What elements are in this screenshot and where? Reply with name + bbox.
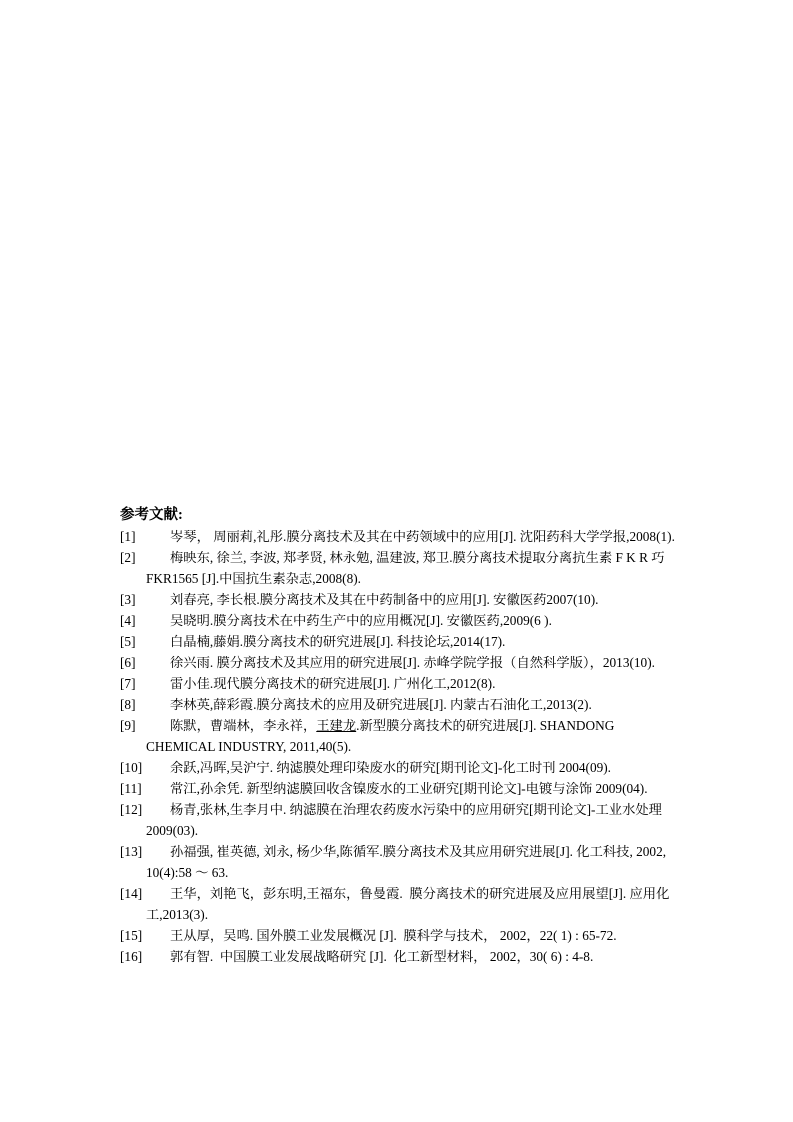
reference-number: [5] [120,631,170,652]
reference-item: [13]孙福强, 崔英德, 刘永, 杨少华,陈循军.膜分离技术及其应用研究进展[… [120,841,686,883]
reference-number: [13] [120,841,170,862]
reference-text: 徐兴雨. 膜分离技术及其应用的研究进展[J]. 赤峰学院学报（自然科学版），20… [170,655,655,670]
reference-item: [7]雷小佳.现代膜分离技术的研究进展[J]. 广州化工,2012(8). [120,673,686,694]
reference-item: [16]郭有智. 中国膜工业发展战略研究 [J]. 化工新型材料， 2002，3… [120,946,686,967]
reference-item: [14]王华，刘艳飞，彭东明,王福东，鲁曼霞. 膜分离技术的研究进展及应用展望[… [120,883,686,925]
reference-text: 陈默，曹端林，李永祥， [170,718,316,733]
reference-number: [11] [120,778,170,799]
reference-item: [12]杨青,张林,生李月中. 纳滤膜在治理农药废水污染中的应用研究[期刊论文]… [120,799,686,841]
references-list: [1]岑琴， 周丽莉,礼彤.膜分离技术及其在中药领域中的应用[J]. 沈阳药科大… [120,526,686,967]
reference-number: [14] [120,883,170,904]
reference-text: 刘春亮, 李长根.膜分离技术及其在中药制备中的应用[J]. 安徽医药2007(1… [170,592,598,607]
references-section: 参考文献: [1]岑琴， 周丽莉,礼彤.膜分离技术及其在中药领域中的应用[J].… [120,505,686,967]
reference-item: [1]岑琴， 周丽莉,礼彤.膜分离技术及其在中药领域中的应用[J]. 沈阳药科大… [120,526,686,547]
reference-item: [10]余跃,冯晖,吴沪宁. 纳滤膜处理印染废水的研究[期刊论文]-化工时刊 2… [120,757,686,778]
reference-number: [4] [120,610,170,631]
reference-text: 梅映东, 徐兰, 李波, 郑孝贤, 林永勉, 温建波, 郑卫.膜分离技术提取分离… [146,550,665,586]
reference-text: 郭有智. 中国膜工业发展战略研究 [J]. 化工新型材料， 2002，30( 6… [170,949,593,964]
reference-number: [1] [120,526,170,547]
reference-item: [11]常江,孙余凭. 新型纳滤膜回收含镍废水的工业研究[期刊论文]-电镀与涂饰… [120,778,686,799]
reference-text: 杨青,张林,生李月中. 纳滤膜在治理农药废水污染中的应用研究[期刊论文]-工业水… [146,802,665,838]
reference-item: [9]陈默，曹端林，李永祥，王建龙.新型膜分离技术的研究进展[J]. SHAND… [120,715,686,757]
reference-text: 常江,孙余凭. 新型纳滤膜回收含镍废水的工业研究[期刊论文]-电镀与涂饰 200… [170,781,648,796]
reference-text: 余跃,冯晖,吴沪宁. 纳滤膜处理印染废水的研究[期刊论文]-化工时刊 2004(… [170,760,611,775]
reference-text: 雷小佳.现代膜分离技术的研究进展[J]. 广州化工,2012(8). [170,676,495,691]
reference-text: 吴晓明.膜分离技术在中药生产中的应用概况[J]. 安徽医药,2009(6 ). [170,613,552,628]
reference-number: [16] [120,946,170,967]
reference-number: [15] [120,925,170,946]
reference-text: 白晶楠,藤娟.膜分离技术的研究进展[J]. 科技论坛,2014(17). [170,634,505,649]
reference-number: [9] [120,715,170,736]
reference-text: 孙福强, 崔英德, 刘永, 杨少华,陈循军.膜分离技术及其应用研究进展[J]. … [146,844,669,880]
reference-number: [8] [120,694,170,715]
reference-item: [4]吴晓明.膜分离技术在中药生产中的应用概况[J]. 安徽医药,2009(6 … [120,610,686,631]
reference-text: 王从厚，吴鸣. 国外膜工业发展概况 [J]. 膜科学与技术， 2002，22( … [170,928,617,943]
reference-author-underlined: 王建龙 [316,718,356,733]
reference-number: [6] [120,652,170,673]
references-heading: 参考文献: [120,505,686,526]
reference-item: [5]白晶楠,藤娟.膜分离技术的研究进展[J]. 科技论坛,2014(17). [120,631,686,652]
document-page: 参考文献: [1]岑琴， 周丽莉,礼彤.膜分离技术及其在中药领域中的应用[J].… [0,0,793,1122]
reference-item: [6]徐兴雨. 膜分离技术及其应用的研究进展[J]. 赤峰学院学报（自然科学版）… [120,652,686,673]
reference-item: [15]王从厚，吴鸣. 国外膜工业发展概况 [J]. 膜科学与技术， 2002，… [120,925,686,946]
reference-item: [3]刘春亮, 李长根.膜分离技术及其在中药制备中的应用[J]. 安徽医药200… [120,589,686,610]
reference-text: 李林英,薛彩霞.膜分离技术的应用及研究进展[J]. 内蒙古石油化工,2013(2… [170,697,592,712]
reference-number: [2] [120,547,170,568]
reference-number: [10] [120,757,170,778]
reference-item: [8]李林英,薛彩霞.膜分离技术的应用及研究进展[J]. 内蒙古石油化工,201… [120,694,686,715]
reference-text: 岑琴， 周丽莉,礼彤.膜分离技术及其在中药领域中的应用[J]. 沈阳药科大学学报… [170,529,675,544]
reference-number: [7] [120,673,170,694]
reference-number: [3] [120,589,170,610]
reference-number: [12] [120,799,170,820]
reference-item: [2]梅映东, 徐兰, 李波, 郑孝贤, 林永勉, 温建波, 郑卫.膜分离技术提… [120,547,686,589]
reference-text: 王华，刘艳飞，彭东明,王福东，鲁曼霞. 膜分离技术的研究进展及应用展望[J]. … [146,886,669,922]
